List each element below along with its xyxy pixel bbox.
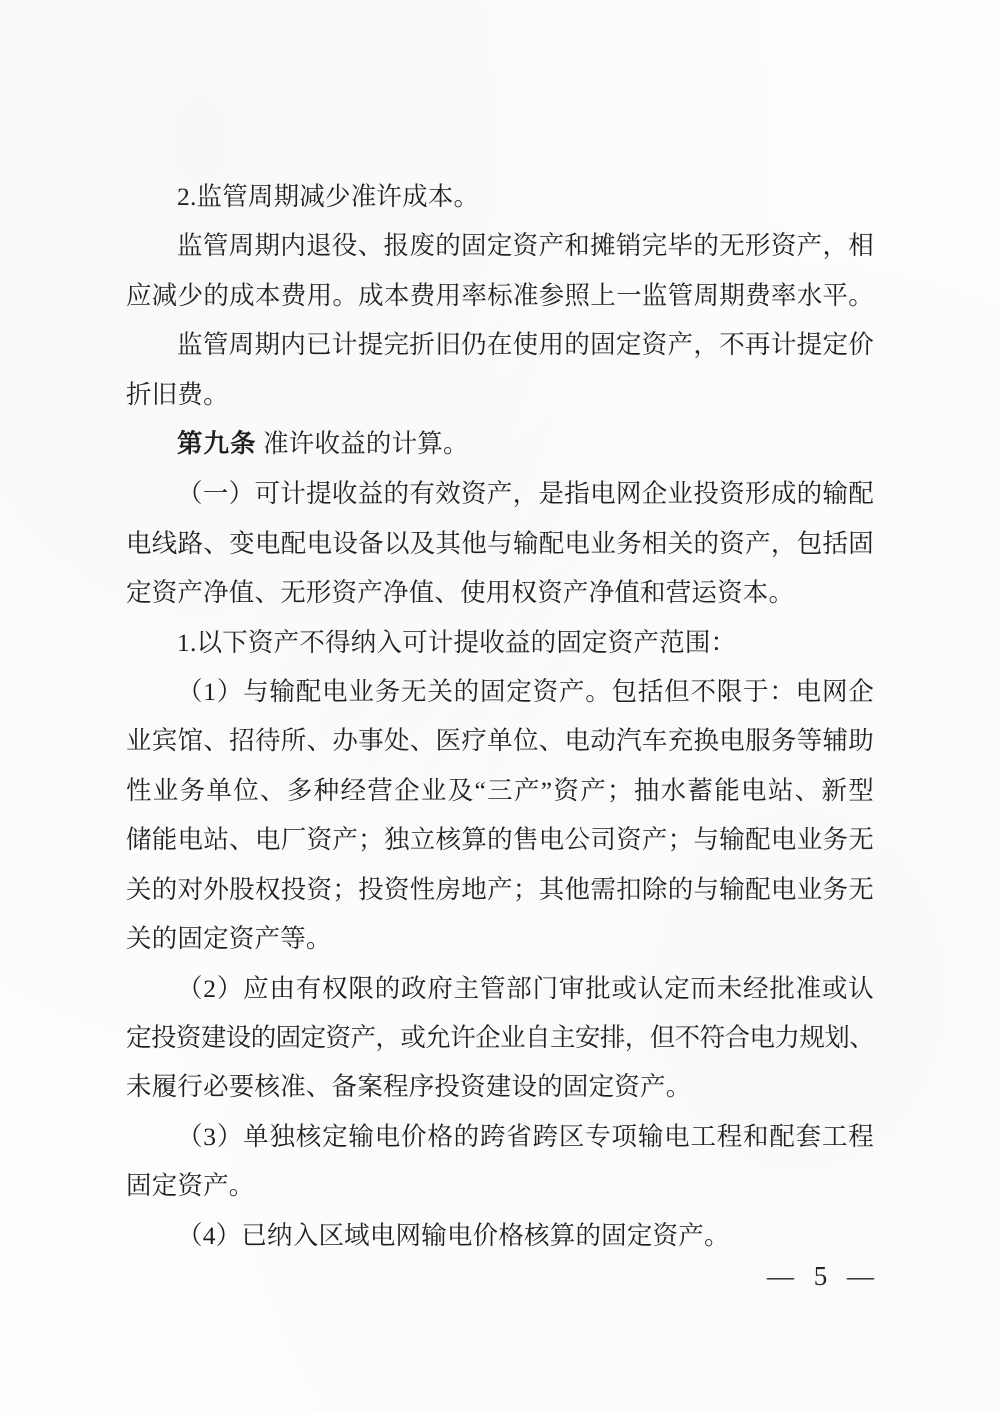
text-line: 监管周期内退役、报废的固定资产和摊销完毕的无形资产，相 bbox=[126, 221, 874, 270]
text-line: 未履行必要核准、备案程序投资建设的固定资产。 bbox=[126, 1062, 874, 1111]
text-line: 业宾馆、招待所、办事处、医疗单位、电动汽车充换电服务等辅助 bbox=[126, 716, 874, 765]
text-line: （4）已纳入区域电网输电价格核算的固定资产。 bbox=[126, 1211, 874, 1260]
text-line: 折旧费。 bbox=[126, 370, 874, 419]
text-line: 定投资建设的固定资产，或允许企业自主安排，但不符合电力规划、 bbox=[126, 1013, 874, 1062]
text-line: （3）单独核定输电价格的跨省跨区专项输电工程和配套工程 bbox=[126, 1112, 874, 1161]
text-line: 监管周期内已计提完折旧仍在使用的固定资产，不再计提定价 bbox=[126, 320, 874, 369]
text-line: （2）应由有权限的政府主管部门审批或认定而未经批准或认 bbox=[126, 964, 874, 1013]
page-number: — 5 — bbox=[767, 1256, 876, 1296]
document-body: 2.监管周期减少准许成本。 监管周期内退役、报废的固定资产和摊销完毕的无形资产，… bbox=[126, 172, 874, 1260]
text-line: 关的对外股权投资；投资性房地产；其他需扣除的与输配电业务无 bbox=[126, 865, 874, 914]
text-line: 电线路、变电配电设备以及其他与输配电业务相关的资产，包括固 bbox=[126, 519, 874, 568]
article-title: 准许收益的计算。 bbox=[257, 429, 469, 458]
text-line: 定资产净值、无形资产净值、使用权资产净值和营运资本。 bbox=[126, 568, 874, 617]
text-line: 性业务单位、多种经营企业及“三产”资产；抽水蓄能电站、新型 bbox=[126, 766, 874, 815]
text-line: 储能电站、电厂资产；独立核算的售电公司资产；与输配电业务无 bbox=[126, 815, 874, 864]
text-line: 固定资产。 bbox=[126, 1161, 874, 1210]
text-line: （1）与输配电业务无关的固定资产。包括但不限于：电网企 bbox=[126, 667, 874, 716]
document-page: 2.监管周期减少准许成本。 监管周期内退役、报废的固定资产和摊销完毕的无形资产，… bbox=[0, 0, 1000, 1414]
text-line: 关的固定资产等。 bbox=[126, 914, 874, 963]
text-line: 1.以下资产不得纳入可计提收益的固定资产范围： bbox=[126, 618, 874, 667]
text-line: 应减少的成本费用。成本费用率标准参照上一监管周期费率水平。 bbox=[126, 271, 874, 320]
text-line: （一）可计提收益的有效资产，是指电网企业投资形成的输配 bbox=[126, 469, 874, 518]
text-line: 2.监管周期减少准许成本。 bbox=[126, 172, 874, 221]
text-line: 第九条 准许收益的计算。 bbox=[126, 419, 874, 469]
article-number: 第九条 bbox=[177, 430, 257, 458]
